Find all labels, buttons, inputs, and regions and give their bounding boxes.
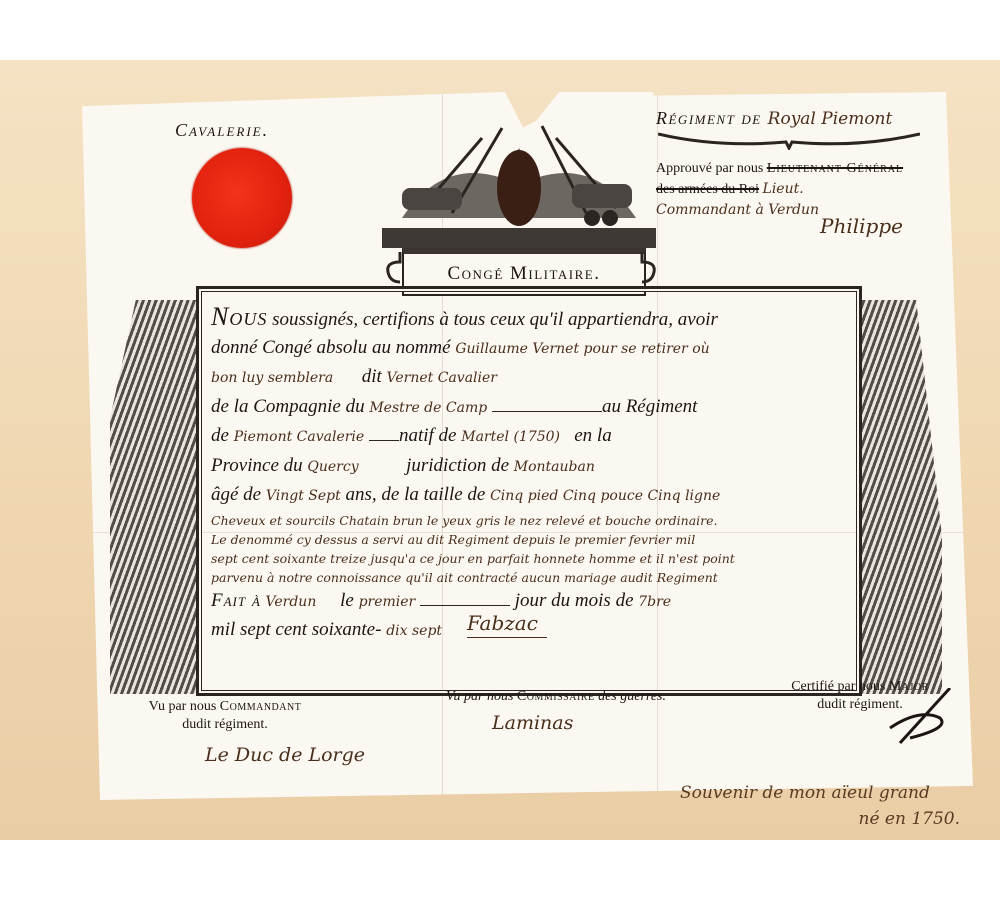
signature-duc-de-lorge: Le Duc de Lorge xyxy=(205,744,365,766)
wax-seal xyxy=(192,148,292,248)
scroll-ornament-icon xyxy=(382,252,404,288)
regiment-heading: Régiment de Royal Piemont xyxy=(656,108,892,129)
signature-philippe: Philippe xyxy=(820,214,903,238)
mount-handwritten-note: Souvenir de mon aïeul grand né en 1750. xyxy=(680,780,980,832)
commandant-block: Vu par nous Commandant dudit régiment. xyxy=(130,698,320,734)
trophy-engraving-icon xyxy=(382,118,656,248)
soldier-name: Guillaume Vernet pour se retirer où xyxy=(455,341,709,357)
struck-title: Lieutenant Général xyxy=(767,161,903,176)
scroll-ornament-icon xyxy=(638,252,660,288)
commissaire-block: Vu par nous Commissaire des guerres. xyxy=(396,688,716,706)
major-signature-mark-icon xyxy=(880,688,960,748)
signature-fabzac: Fabzac xyxy=(467,611,547,638)
handwritten-description: Cheveux et sourcils Chatain brun le yeux… xyxy=(211,511,845,587)
header-cavalerie: Cavalerie. xyxy=(175,120,269,141)
left-trophy-engraving-icon xyxy=(110,300,196,694)
birthplace: Martel (1750) xyxy=(461,429,560,445)
approval-block: Approuvé par nous Lieutenant Général des… xyxy=(656,158,903,221)
certificate-body: Nous soussignés, certifions à tous ceux … xyxy=(211,303,845,646)
signature-commissaire: Laminas xyxy=(492,712,573,734)
regiment-name: Royal Piemont xyxy=(768,109,893,129)
brace-ornament-icon xyxy=(658,130,920,150)
certificate-body-frame: Nous soussignés, certifions à tous ceux … xyxy=(196,286,862,696)
